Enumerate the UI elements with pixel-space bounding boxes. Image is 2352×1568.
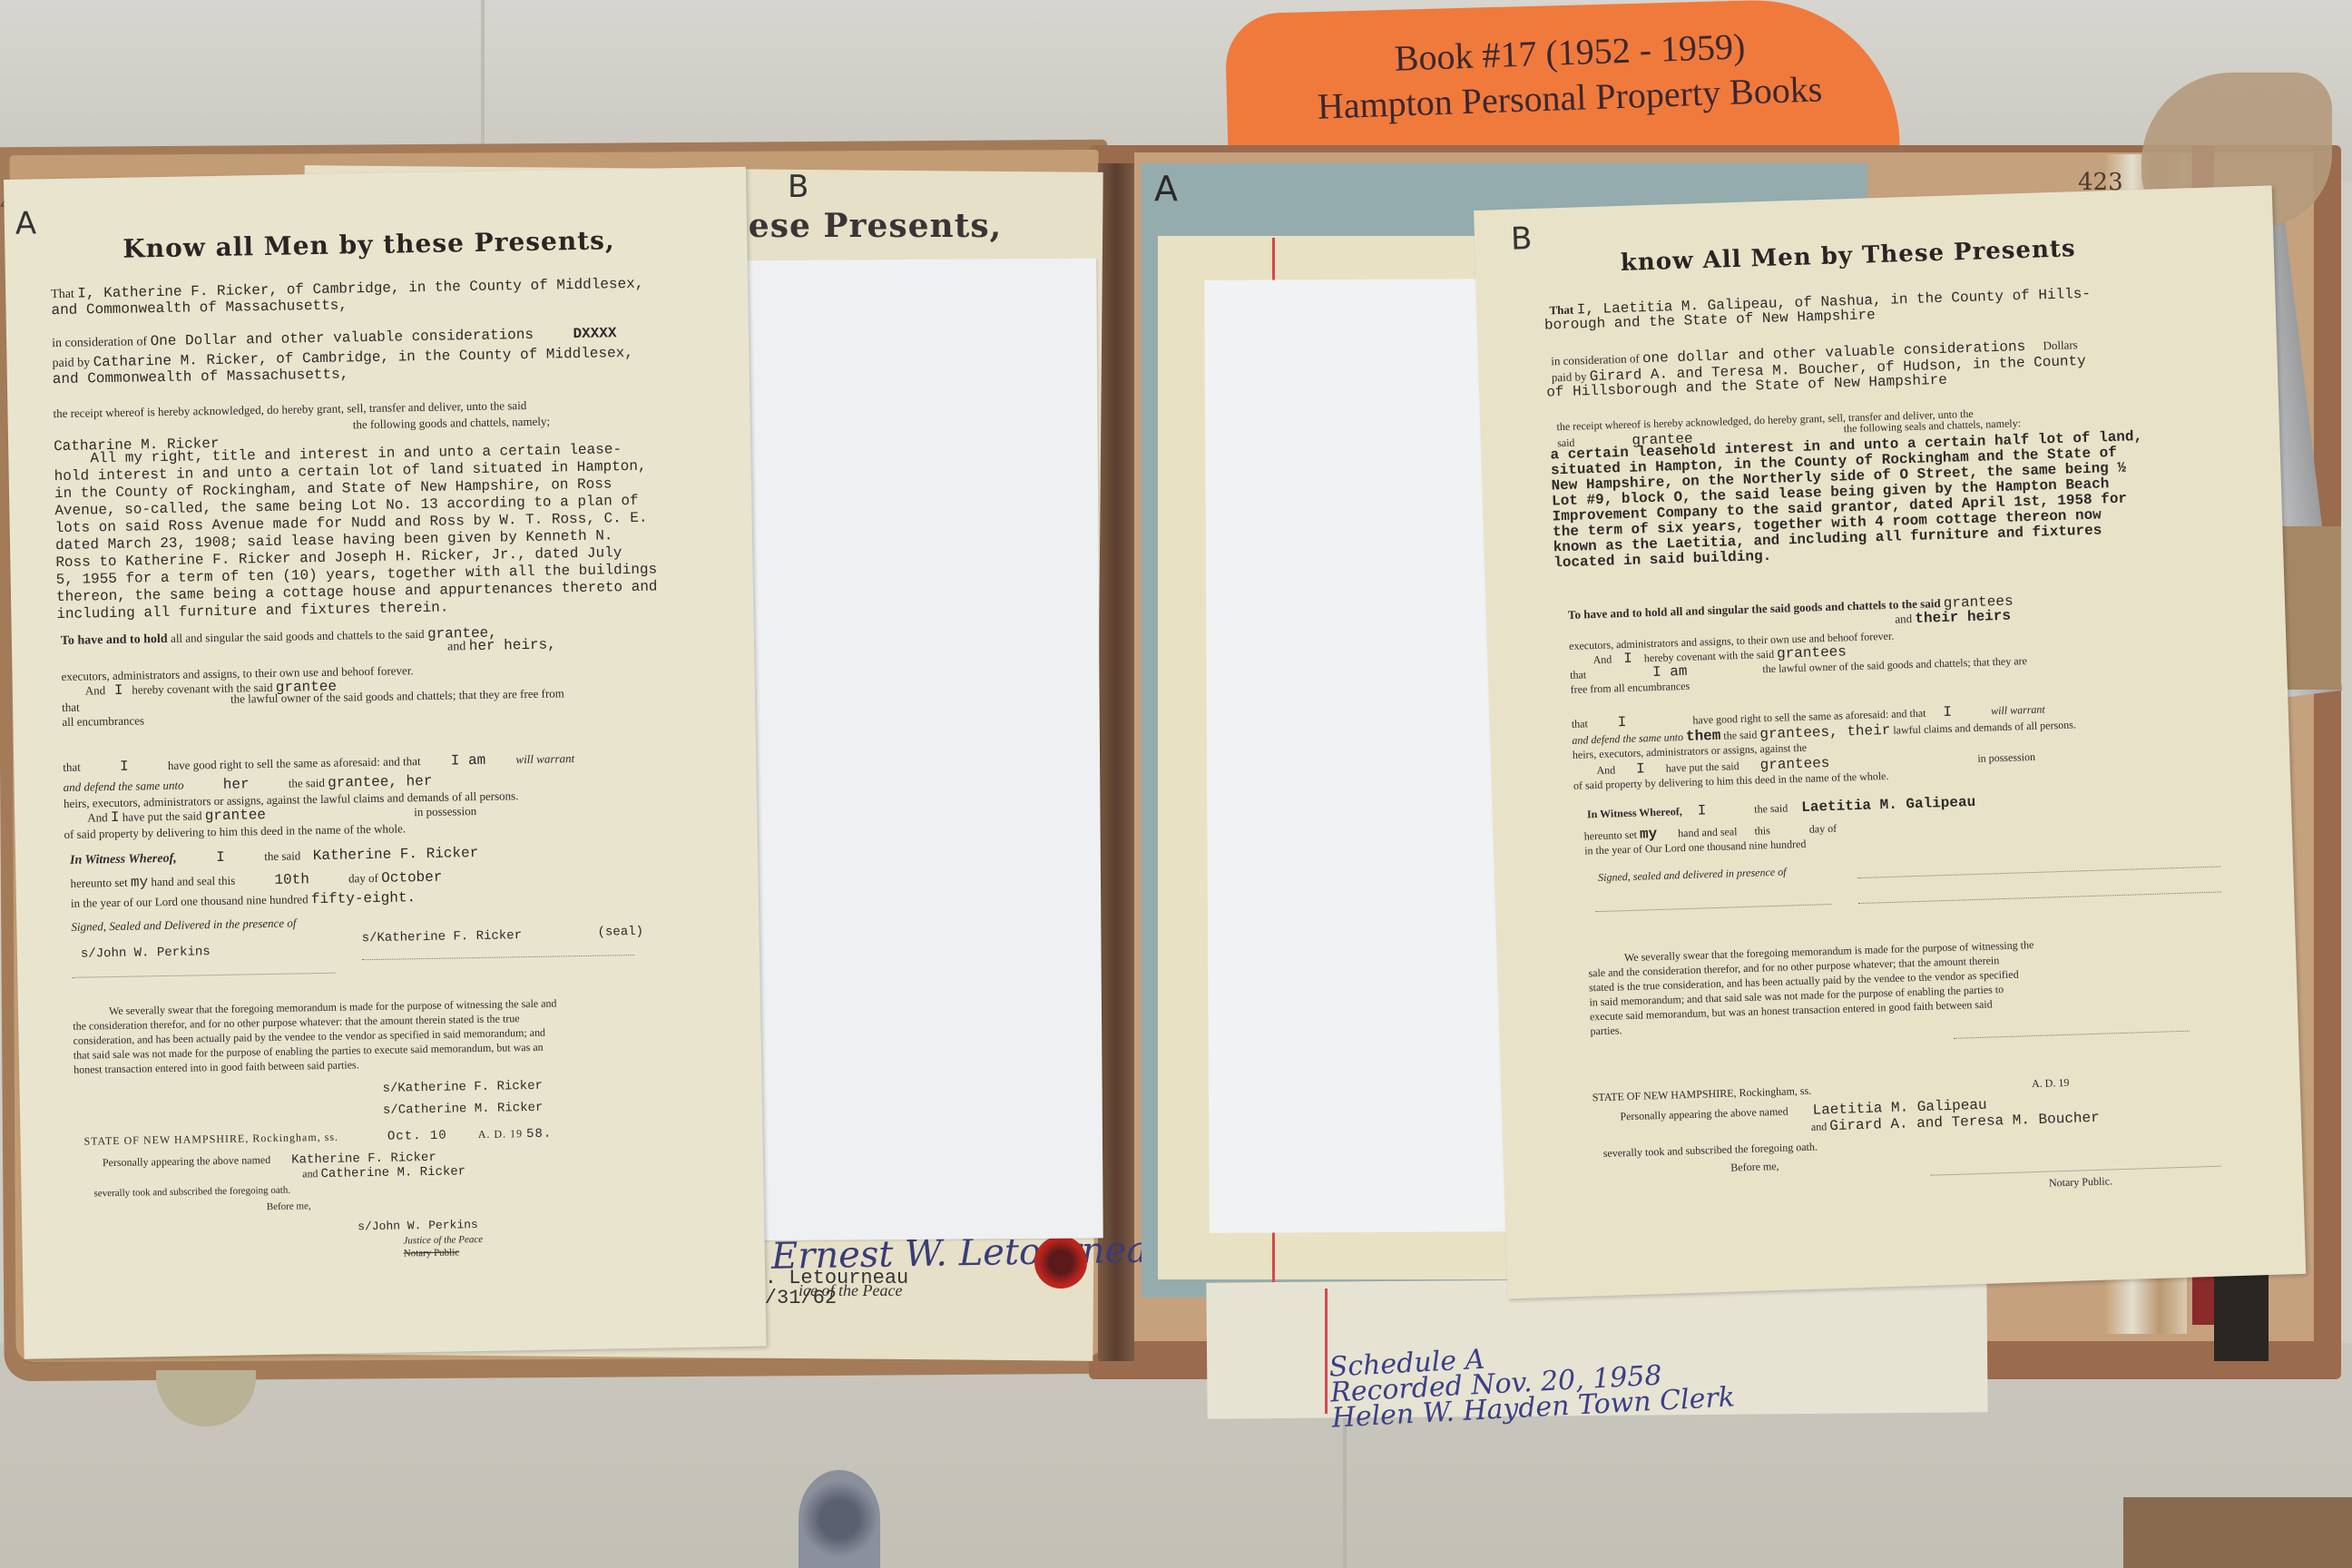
deed-title: Know all Men by these Presents,: [122, 232, 615, 257]
year-line: in the year of our Lord one thousand nin…: [71, 889, 416, 912]
witness-line: In Witness Whereof, I the said Laetitia …: [1587, 794, 1976, 822]
oath-paragraph: We severally swear that the foregoing me…: [73, 996, 558, 1077]
deed-laetitia-galipeau: B know All Men by These Presents That I,…: [1474, 185, 2306, 1298]
handwritten-mark: B: [788, 169, 808, 205]
goods-clause: the following goods and chattels, namely…: [353, 414, 551, 434]
book-spine: [1098, 163, 1134, 1361]
coaster: [799, 1470, 880, 1568]
blank-white-sheet: [1204, 279, 1517, 1233]
property-description: All my right, title and interest in and …: [54, 441, 658, 624]
hand-seal-line: hereunto set my hand and seal this 10th …: [70, 869, 442, 892]
appearing-line-2: and Catherine M. Ricker: [302, 1162, 465, 1182]
signature-line: [72, 973, 335, 978]
grantor-signature: s/Katherine F. Ricker: [361, 927, 522, 946]
signature-line: [1857, 867, 2220, 879]
oath-signature-2: s/Catherine M. Ricker: [383, 1100, 544, 1119]
signature-line: [1858, 891, 2221, 904]
heirs-line: and their heirs: [1895, 608, 2011, 628]
state-line: STATE OF NEW HAMPSHIRE, Rockingham, ss. …: [83, 1125, 552, 1151]
handwritten-mark: A: [1154, 169, 1178, 209]
encumbrances: free from all encumbrances: [1570, 678, 1690, 698]
signature-line: [1954, 1031, 2190, 1039]
deed-title-partial: these Presents,: [708, 207, 1002, 245]
warrant-line: that I have good right to sell the same …: [63, 750, 574, 776]
witness-signature: s/John W. Perkins: [81, 944, 211, 962]
heirs-line: and her heirs,: [447, 636, 556, 655]
signature-line: [1595, 904, 1831, 912]
oath-paragraph: We severally swear that the foregoing me…: [1588, 937, 2036, 1038]
struck-notary: Notary Public: [404, 1244, 460, 1261]
before-me: Before me,: [1730, 1158, 1779, 1176]
signed-sealed-line: Signed, sealed and delivered in presence…: [1598, 864, 1787, 887]
wax-seal-icon: [1034, 1236, 1087, 1289]
signature-line: [362, 955, 634, 960]
margin-line: [1325, 1289, 1328, 1414]
jp-title: ice of the Peace: [799, 1281, 902, 1300]
handwritten-mark: A: [15, 215, 37, 231]
witness-line: In Witness Whereof, I the said Katherine…: [70, 845, 478, 869]
encumbrances: all encumbrances: [62, 712, 144, 730]
deed-title: know All Men by These Presents: [1621, 240, 2076, 271]
habendum-line: To have and to hold all and singular the…: [61, 625, 497, 650]
oath-taken-line: severally took and subscribed the forego…: [93, 1182, 290, 1202]
oath-taken-line: severally took and subscribed the forego…: [1602, 1139, 1818, 1161]
seal-label: (seal): [597, 924, 643, 941]
before-me: Before me,: [267, 1198, 311, 1215]
wood-edge: [2123, 1497, 2352, 1568]
notary-label: Notary Public.: [2049, 1172, 2113, 1191]
handwritten-mark: B: [1511, 230, 1533, 248]
oath-signature-1: s/Katherine F. Ricker: [382, 1078, 543, 1097]
deed-katherine-ricker: A Know all Men by these Presents, That I…: [4, 167, 767, 1359]
signed-sealed-line: Signed, Sealed and Delivered in the pres…: [71, 915, 296, 935]
property-description: a certain leasehold interest in and unto…: [1550, 429, 2146, 571]
